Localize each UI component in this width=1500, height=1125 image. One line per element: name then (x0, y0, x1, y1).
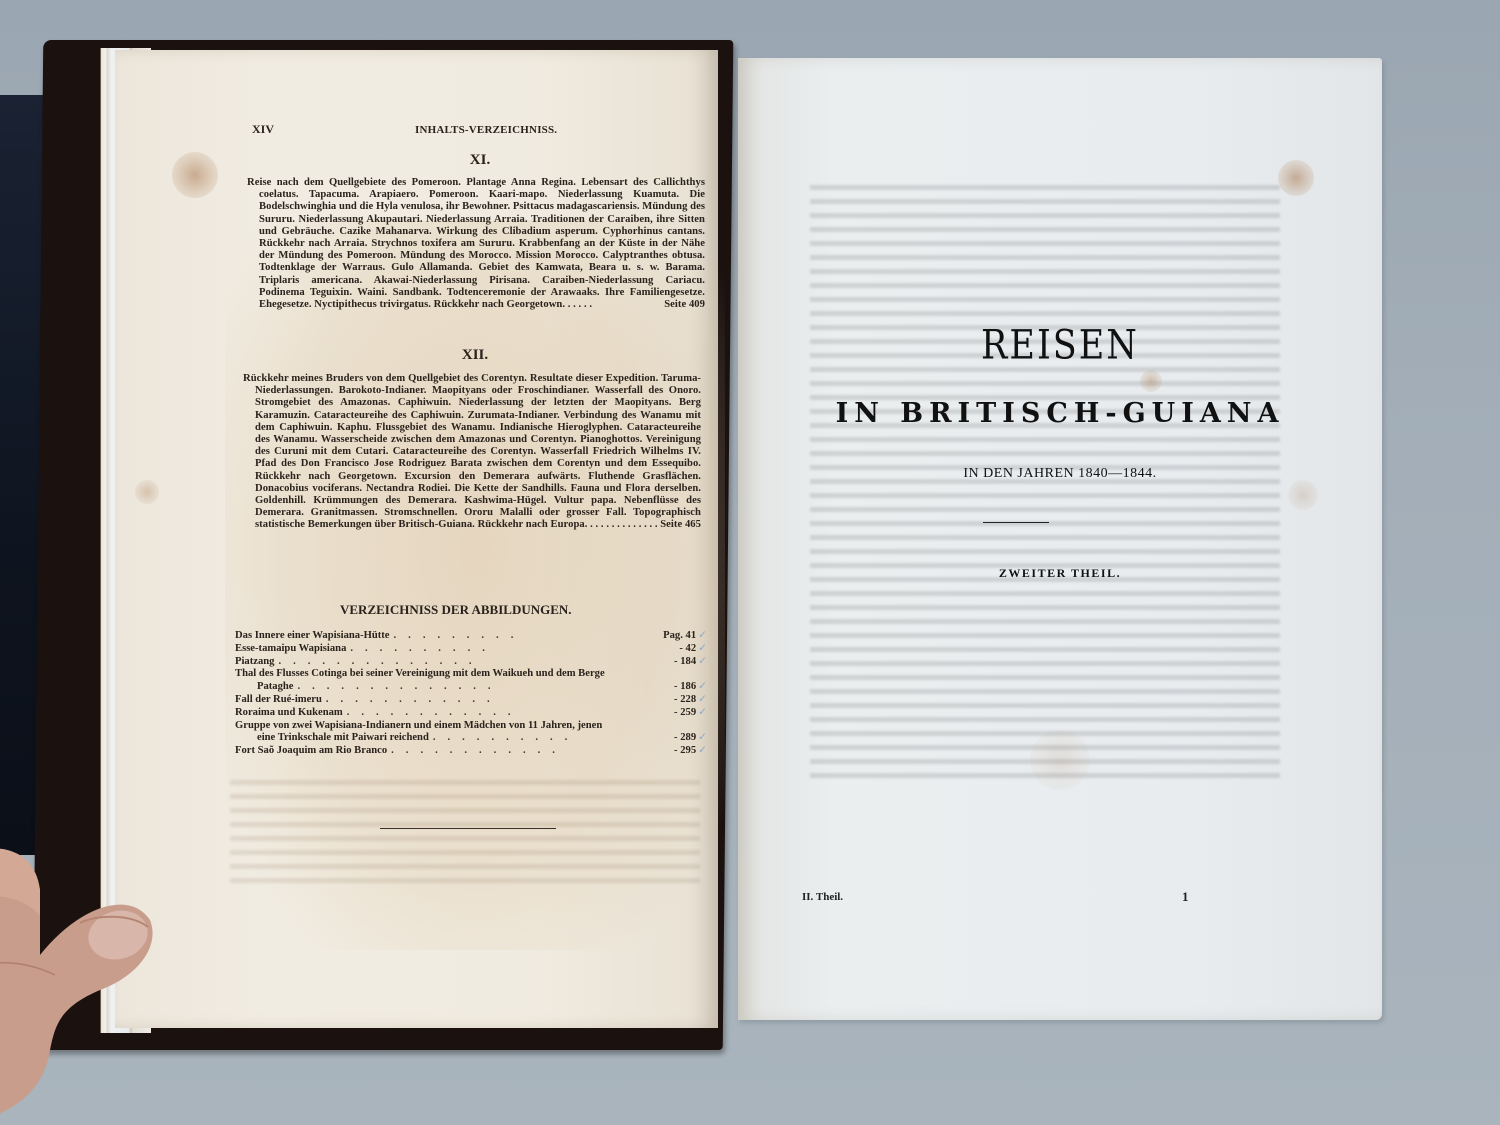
running-header: INHALTS-VERZEICHNISS. (415, 124, 557, 136)
title-line-2: IN BRITISCH-GUIANA (738, 398, 1382, 429)
section-numeral-xii: XII. (240, 347, 710, 364)
figure-entry: Roraima und Kukenam............- 259✓ (235, 707, 707, 720)
subtitle-years: IN DEN JAHREN 1840—1844. (738, 466, 1382, 482)
foxing-stain (1288, 480, 1318, 510)
check-mark-icon: ✓ (698, 643, 707, 654)
section-xii-text: Rückkehr meines Bruders von dem Quellgeb… (243, 373, 701, 532)
bleed-through-text (810, 185, 1280, 785)
volume-part: ZWEITER THEIL. (738, 566, 1382, 581)
title-rule (983, 522, 1049, 523)
figure-entry: Esse-tamaipu Wapisiana..........- 42✓ (235, 643, 707, 656)
figure-entry: Das Innere einer Wapisiana-Hütte........… (235, 630, 707, 643)
figure-entry: Thal des Flusses Cotinga bei seiner Vere… (235, 668, 707, 681)
list-of-figures-title: VERZEICHNISS DER ABBILDUNGEN. (340, 602, 572, 618)
foxing-stain (135, 480, 159, 504)
figure-entry: Fall der Rué-imeru............- 228✓ (235, 694, 707, 707)
check-mark-icon: ✓ (698, 694, 707, 705)
check-mark-icon: ✓ (698, 745, 707, 756)
title-line-1: REISEN (738, 323, 1382, 369)
hand-holding-book (0, 835, 155, 1125)
check-mark-icon: ✓ (698, 681, 707, 692)
page-ref: Seite 409 (676, 299, 705, 311)
foxing-stain (1030, 730, 1090, 790)
figure-entry-continued: eine Trinkschale mit Paiwari reichend...… (235, 732, 707, 745)
section-xii-body: Rückkehr meines Bruders von dem Quellgeb… (243, 373, 701, 530)
check-mark-icon: ✓ (698, 630, 707, 641)
figure-entry-continued: Pataghe..............- 186✓ (235, 681, 707, 694)
list-of-figures: Das Innere einer Wapisiana-Hütte........… (235, 630, 707, 758)
figure-entry: Piatzang..............- 184✓ (235, 656, 707, 669)
end-rule (380, 828, 556, 829)
figure-entry: Fort Saõ Joaquim am Rio Branco..........… (235, 745, 707, 758)
page-ref: Seite 465 (672, 519, 701, 531)
foxing-stain (1140, 370, 1162, 392)
section-xi-text: Reise nach dem Quellgebiete des Pomeroon… (247, 177, 705, 311)
bleed-through-text (230, 780, 700, 890)
check-mark-icon: ✓ (698, 707, 707, 718)
foxing-stain (172, 152, 218, 198)
figure-entry: Gruppe von zwei Wapisiana-Indianern und … (235, 720, 707, 733)
check-mark-icon: ✓ (698, 732, 707, 743)
page-number: XIV (252, 122, 274, 137)
check-mark-icon: ✓ (698, 656, 707, 667)
section-xi-body: Reise nach dem Quellgebiete des Pomeroon… (247, 177, 705, 310)
foxing-stain (1278, 160, 1314, 196)
footer-signature: II. Theil. (802, 891, 843, 903)
footer-page-number: 1 (1182, 889, 1189, 905)
section-numeral-xi: XI. (245, 152, 715, 169)
